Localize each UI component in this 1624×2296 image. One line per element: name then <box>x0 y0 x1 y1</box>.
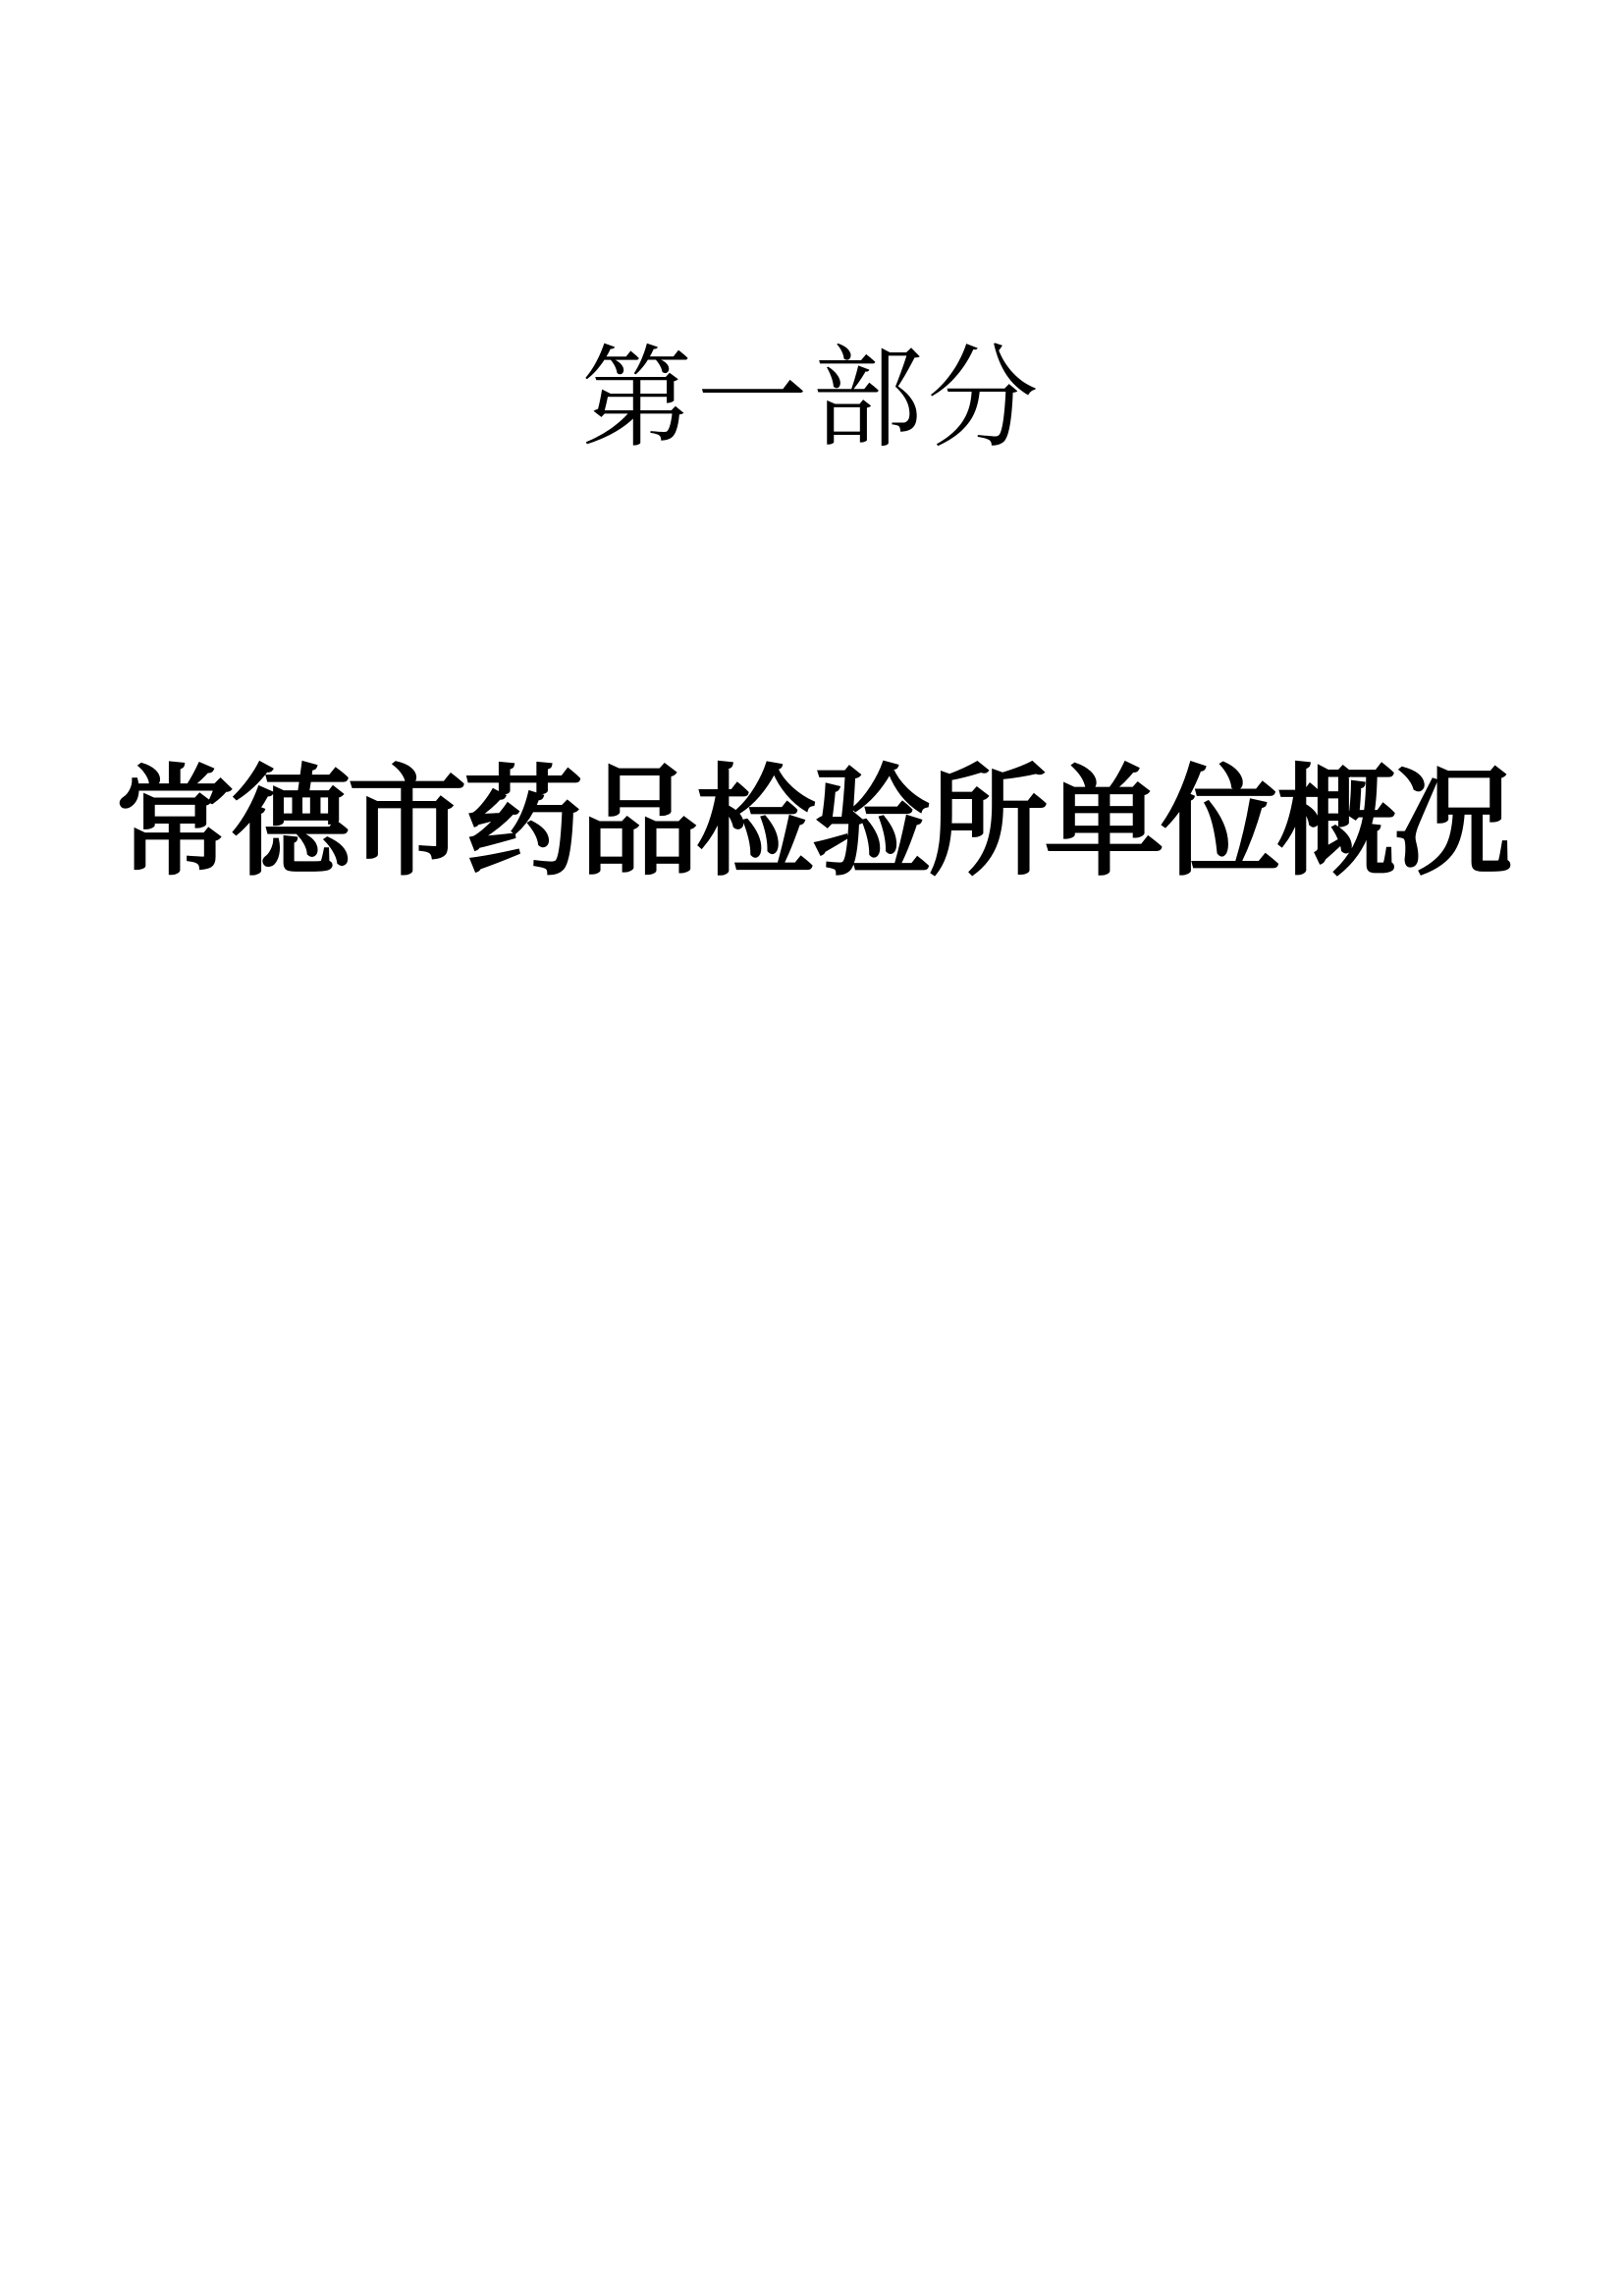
document-page: 第一部分 常德市药品检验所单位概况 <box>0 0 1624 2296</box>
part-heading: 第一部分 <box>0 344 1624 454</box>
document-title: 常德市药品检验所单位概况 <box>0 762 1624 881</box>
